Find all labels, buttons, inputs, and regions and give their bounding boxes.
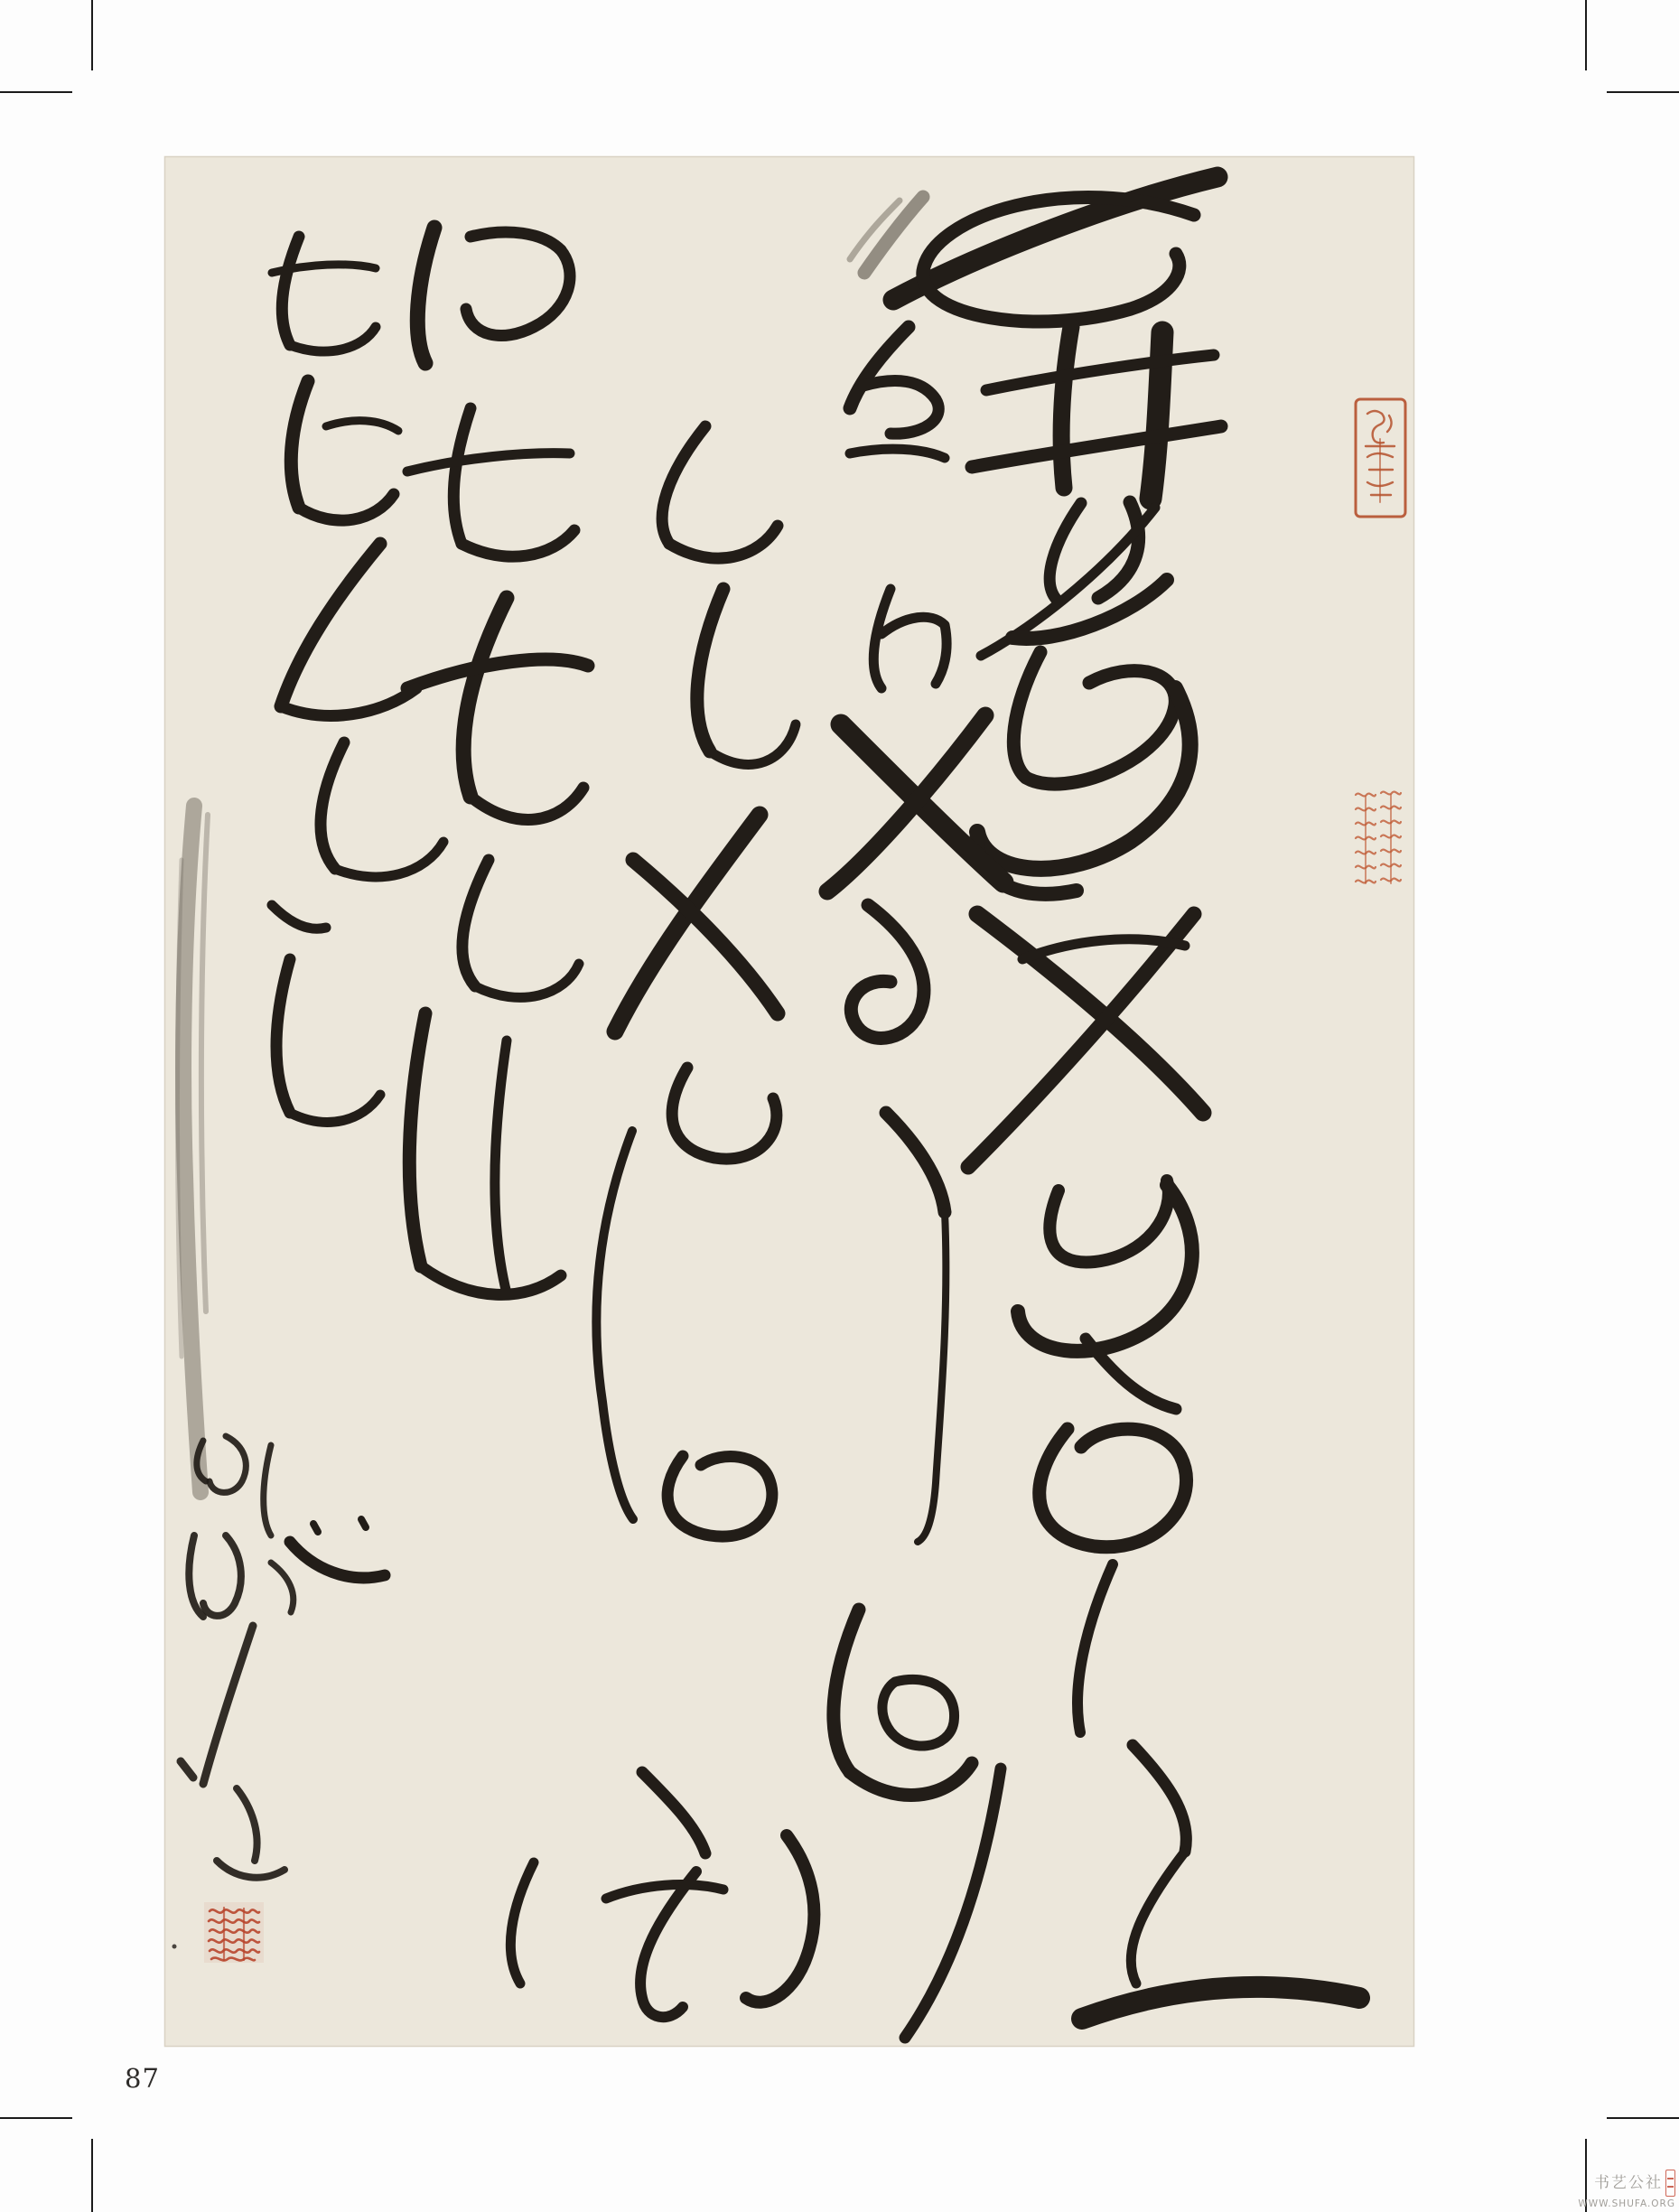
watermark-cjk-text: 书艺公社: [1594, 2176, 1663, 2191]
page-number: 87: [125, 2063, 160, 2094]
calligraphy-paper: [164, 156, 1414, 2047]
scanned-book-page: 87 书艺公社 WWW.SHUFA.ORG: [0, 0, 1679, 2212]
calligraphy-artwork: [0, 0, 1679, 2212]
site-watermark: 书艺公社 WWW.SHUFA.ORG: [1578, 2169, 1675, 2209]
ink-speck: [173, 1945, 177, 1949]
brush-stroke: [361, 1519, 366, 1527]
watermark-seal-icon: [1665, 2170, 1675, 2197]
watermark-url-text: WWW.SHUFA.ORG: [1578, 2198, 1675, 2209]
artist-seal: [204, 1902, 264, 1963]
brush-stroke: [313, 1524, 318, 1532]
brush-stroke: [1061, 327, 1071, 488]
